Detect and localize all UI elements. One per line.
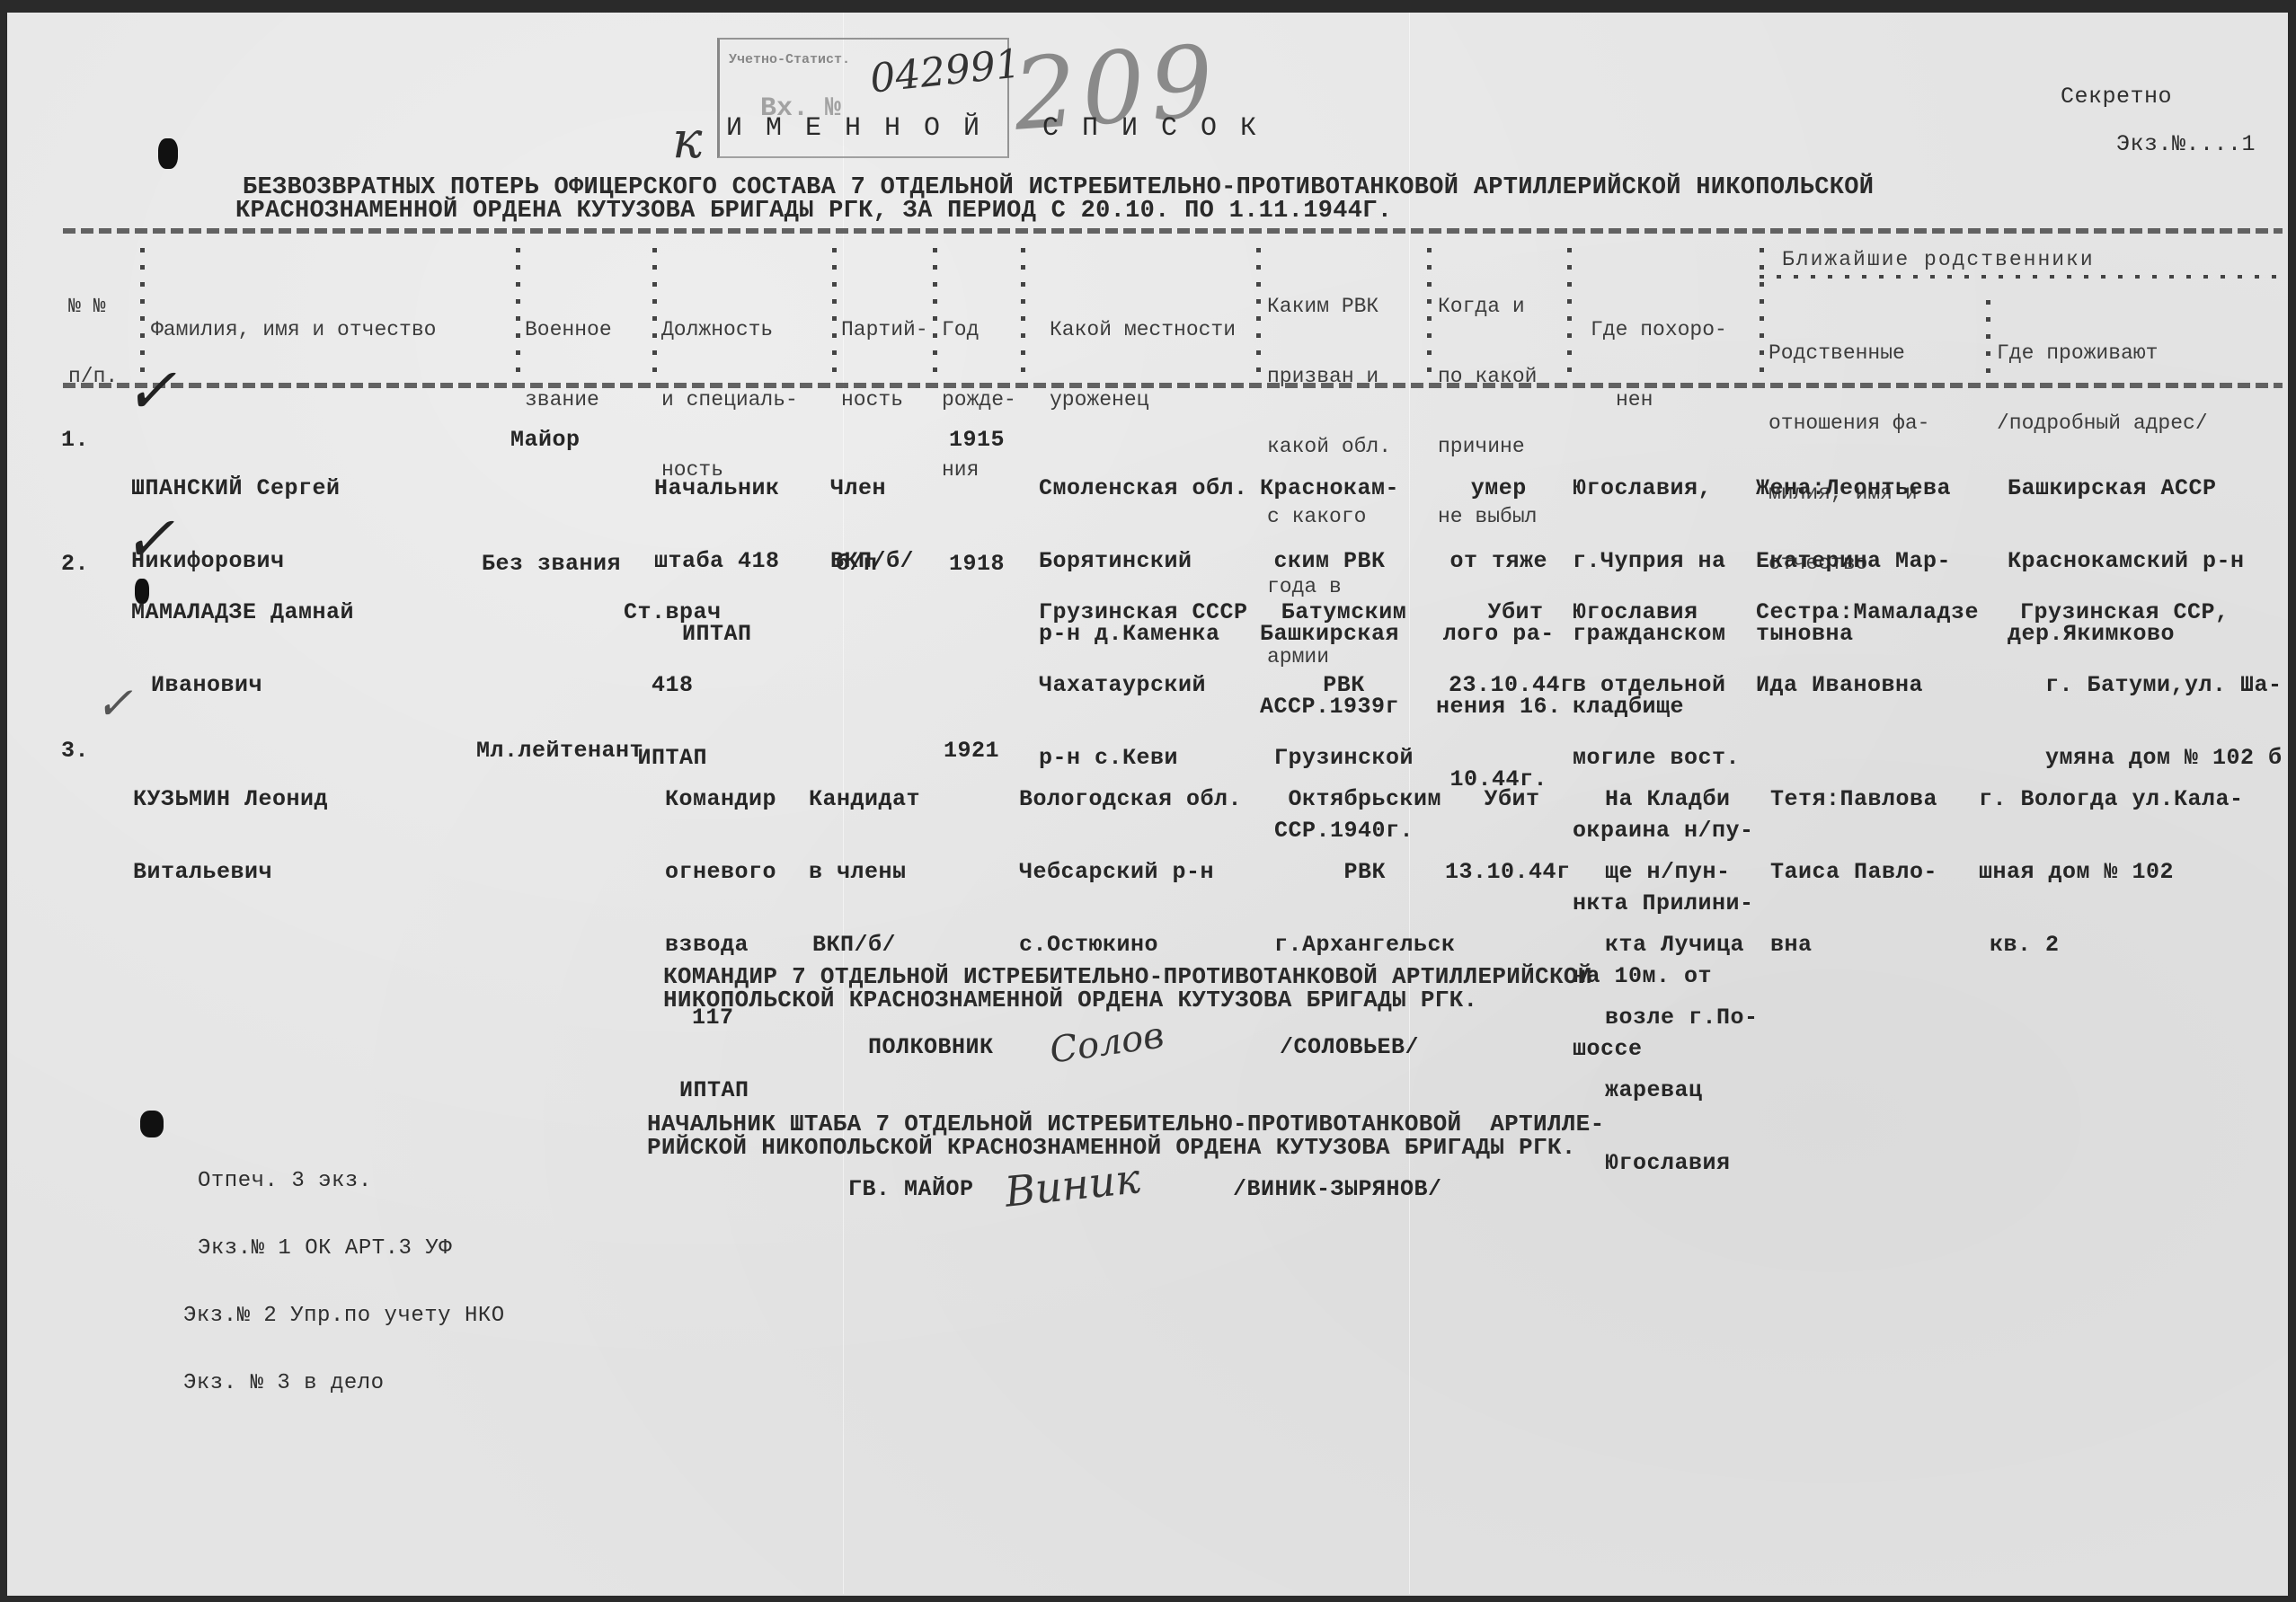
column-separator [1021,248,1025,379]
document-subtitle-line2: КРАСНОЗНАМЕННОЙ ОРДЕНА КУТУЗОВА БРИГАДЫ … [235,198,1392,225]
copy-label: Экз.№.... [2116,131,2242,157]
row-num: 1. [61,428,89,452]
row-rank: Без звания [482,552,621,576]
checkmark-icon: ✓ [124,354,177,428]
handwritten-mark: к [672,111,702,170]
document-title: ИМЕННОЙ СПИСОК [726,113,1280,144]
row-rank: Майор [510,428,581,452]
row-relative-name: Сестра:Мамаладзе Ида Ивановна [1756,552,1979,746]
row-birth-year: 1921 [944,739,999,763]
column-separator [1427,248,1432,379]
punch-hole [158,138,178,169]
chief-of-staff-rank: ГВ. МАЙОР [848,1177,974,1201]
row-relative-name: Тетя:Павлова Таиса Павло- вна [1770,739,1937,1005]
distribution-list: Отпеч. 3 экз. Экз.№ 1 ОК АРТ.3 УФ Экз.№ … [183,1125,505,1439]
commander-title-line2: НИКОПОЛЬСКОЙ КРАСНОЗНАМЕННОЙ ОРДЕНА КУТУ… [663,987,1477,1013]
header-top-rule [63,228,2283,234]
column-separator [832,248,837,379]
row-party: Член ВКП/б/ [830,428,914,622]
row-birth-year: 1918 [949,552,1005,576]
column-separator [1760,248,1764,379]
distribution-item: Экз.№ 2 Упр.по учету НКО [183,1305,505,1327]
col-header-name: Фамилия, имя и отчество [151,271,436,388]
row-party: б/п [836,552,878,576]
column-separator [516,248,520,379]
relatives-group-separator [1760,275,2281,279]
commander-rank: ПОЛКОВНИК [868,1035,994,1059]
column-separator [652,248,657,379]
row-when-why: Убит 13.10.44г [1445,739,1571,933]
column-separator [1567,248,1572,379]
row-burial: На Кладби ще н/пун- кта Лучица возле г.П… [1605,739,1759,1224]
row-when-why: Убит 23.10.44г [1449,552,1574,746]
row-relative-address: г. Вологда ул.Кала- шная дом № 102 кв. 2 [1979,739,2244,1005]
distribution-item: Экз. № 3 в дело [183,1372,505,1394]
punch-hole [140,1111,164,1137]
distribution-item: Отпеч. 3 экз. [183,1170,505,1192]
document-page: Учетно-Статист. Вх. № 042991 209 к Секре… [7,13,2288,1596]
commander-name: /СОЛОВЬЕВ/ [1280,1035,1419,1059]
row-name: МАМАЛАДЗЕ Дамнай Иванович [97,552,354,746]
row-birth-year: 1915 [949,428,1005,452]
stamp-header: Учетно-Статист. [729,52,850,67]
commander-signature: Солов [1047,1014,1166,1071]
column-separator [1256,248,1261,379]
col-header-num: № № п/п. [68,248,118,435]
chief-of-staff-signature: Виник [1003,1154,1143,1216]
copy-number-line: Экз.№....1 [2061,108,2256,181]
row-num: 3. [61,739,89,763]
column-separator [933,248,937,379]
row-rank: Мл.лейтенант [476,739,643,763]
row-name: КУЗЬМИН Леонид Витальевич [133,739,328,933]
copy-number: 1 [2242,131,2256,157]
row-num: 2. [61,552,89,576]
row-position: Командир огневого взвода 117 ИПТАП [665,739,776,1151]
secrecy-label: Секретно [2061,84,2172,109]
col-header-birth-year: Год рожде- ния [942,271,1016,528]
distribution-item: Экз.№ 1 ОК АРТ.3 УФ [183,1237,505,1260]
chief-of-staff-name: /ВИНИК-ЗЫРЯНОВ/ [1233,1177,1442,1201]
col-header-relatives-group: Ближайшие родственники [1782,248,2095,271]
column-separator [1986,300,1990,379]
